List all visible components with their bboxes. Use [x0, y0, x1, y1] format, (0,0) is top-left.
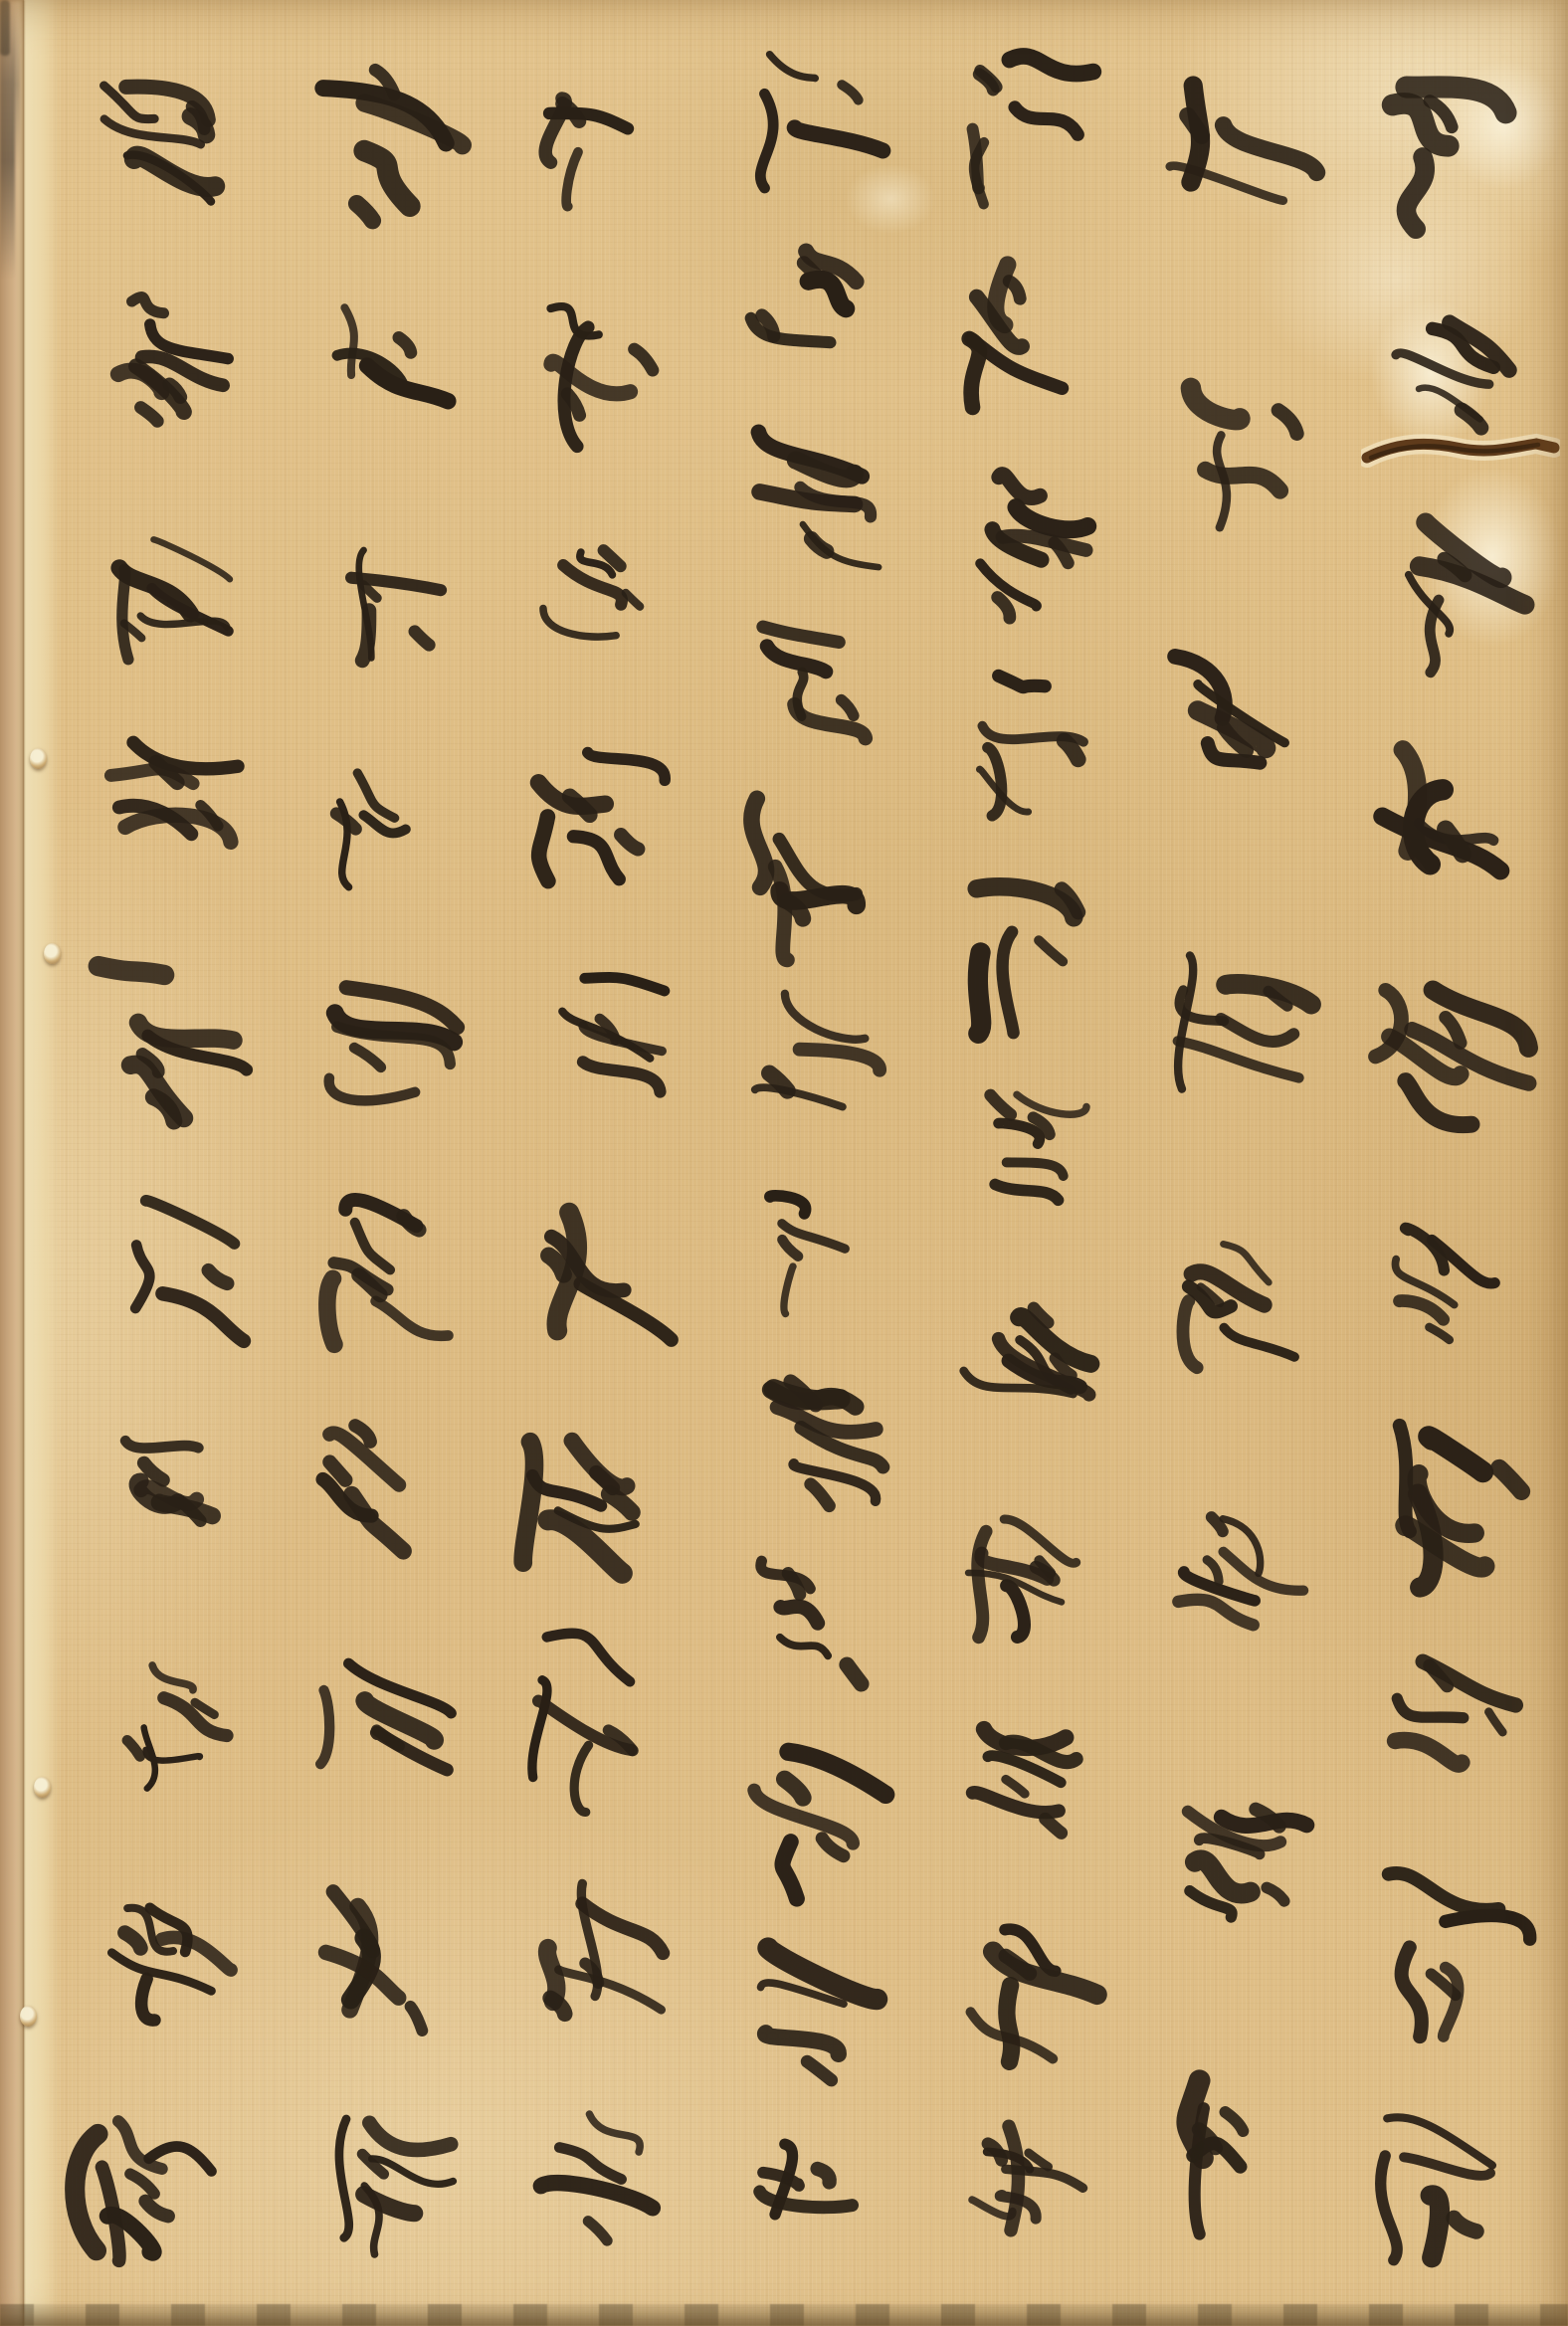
calligraphy-char [1356, 1159, 1546, 1385]
calligraphy-char [1356, 1385, 1546, 1611]
text-column-7 [62, 12, 276, 2300]
calligraphy-char [715, 2102, 905, 2291]
calligraphy-char [501, 1612, 691, 1838]
ink-smudge [14, 0, 20, 169]
calligraphy-char [1356, 706, 1546, 932]
calligraphy-char [715, 1913, 905, 2102]
calligraphy-char [288, 254, 478, 480]
calligraphy-char [501, 1838, 691, 2063]
page-binding-edge [0, 0, 24, 2326]
edge-mark [0, 0, 10, 56]
text-column-5 [490, 12, 703, 2300]
calligraphy-char [1142, 1725, 1332, 2008]
calligraphy-char [501, 1385, 691, 1611]
calligraphy-char [501, 481, 691, 706]
calligraphy-char [74, 28, 264, 254]
calligraphy-char [715, 971, 905, 1160]
calligraphy-char [1142, 876, 1332, 1159]
calligraphy-char [928, 1261, 1118, 1467]
binding-hole [34, 1777, 51, 1798]
calligraphy-char [715, 217, 905, 406]
text-column-1 [1344, 12, 1558, 2300]
calligraphy-char [715, 405, 905, 594]
calligraphy-char [715, 1725, 905, 1914]
calligraphy-char [1142, 594, 1332, 876]
calligraphy-char [928, 1057, 1118, 1262]
calligraphy-page: 宜篆尚婉而通隸欲精而密草貴流而暢章務檢而便然後凜之以風神溫之以妍潤鼓之以枯勁和之… [0, 0, 1568, 2326]
calligraphy-char [928, 1467, 1118, 1673]
calligraphy-char [501, 2064, 691, 2290]
calligraphy-char [288, 28, 478, 254]
calligraphy-char [715, 1348, 905, 1537]
text-column-2 [1130, 12, 1344, 2300]
calligraphy-char [288, 2064, 478, 2290]
calligraphy-char [74, 1612, 264, 1838]
calligraphy-char [288, 481, 478, 706]
bottom-edge-smudge [0, 2304, 1568, 2326]
calligraphy-char [288, 933, 478, 1159]
calligraphy-char [74, 1159, 264, 1385]
calligraphy-char [1356, 481, 1546, 706]
calligraphy-char [1142, 28, 1332, 310]
text-column-3 [916, 12, 1130, 2300]
calligraphy-char [74, 706, 264, 932]
calligraphy-char [288, 1159, 478, 1385]
calligraphy-char [715, 1159, 905, 1348]
calligraphy-char [74, 933, 264, 1159]
calligraphy-char [288, 1385, 478, 1611]
calligraphy-char [501, 254, 691, 480]
calligraphy-char [715, 28, 905, 217]
calligraphy-char [1356, 254, 1546, 480]
calligraphy-char [501, 28, 691, 254]
binding-hole [20, 2006, 37, 2027]
calligraphy-char [928, 1673, 1118, 1879]
calligraphy-char [74, 1385, 264, 1611]
text-column-6 [276, 12, 490, 2300]
calligraphy-char [1356, 1838, 1546, 2063]
calligraphy-char [928, 851, 1118, 1057]
calligraphy-char [1356, 28, 1546, 254]
calligraphy-char [928, 439, 1118, 645]
calligraphy-char [1142, 2008, 1332, 2290]
calligraphy-char [74, 2064, 264, 2290]
page-edge-crease [23, 0, 25, 2326]
calligraphy-char [74, 1838, 264, 2063]
calligraphy-char [715, 594, 905, 783]
calligraphy-char [715, 1536, 905, 1725]
binding-hole [44, 943, 61, 964]
calligraphy-char [715, 782, 905, 971]
calligraphy-char [74, 254, 264, 480]
calligraphy-char [928, 234, 1118, 440]
binding-hole [30, 748, 47, 769]
calligraphy-char [928, 645, 1118, 851]
calligraphy-char [74, 481, 264, 706]
calligraphy-char [1142, 310, 1332, 593]
calligraphy-char [1142, 1442, 1332, 1724]
calligraphy-columns [62, 12, 1558, 2300]
calligraphy-char [1356, 2064, 1546, 2290]
calligraphy-char [501, 1159, 691, 1385]
calligraphy-char [501, 933, 691, 1159]
calligraphy-char [288, 1612, 478, 1838]
page-edge-highlight [24, 0, 62, 2326]
calligraphy-char [1356, 1612, 1546, 1838]
calligraphy-char [928, 2084, 1118, 2290]
calligraphy-char [928, 28, 1118, 234]
calligraphy-char [928, 1879, 1118, 2085]
text-column-4 [703, 12, 917, 2300]
calligraphy-char [288, 1838, 478, 2063]
calligraphy-char [501, 706, 691, 932]
calligraphy-char [1142, 1159, 1332, 1442]
calligraphy-char [1356, 933, 1546, 1159]
calligraphy-char [288, 706, 478, 932]
